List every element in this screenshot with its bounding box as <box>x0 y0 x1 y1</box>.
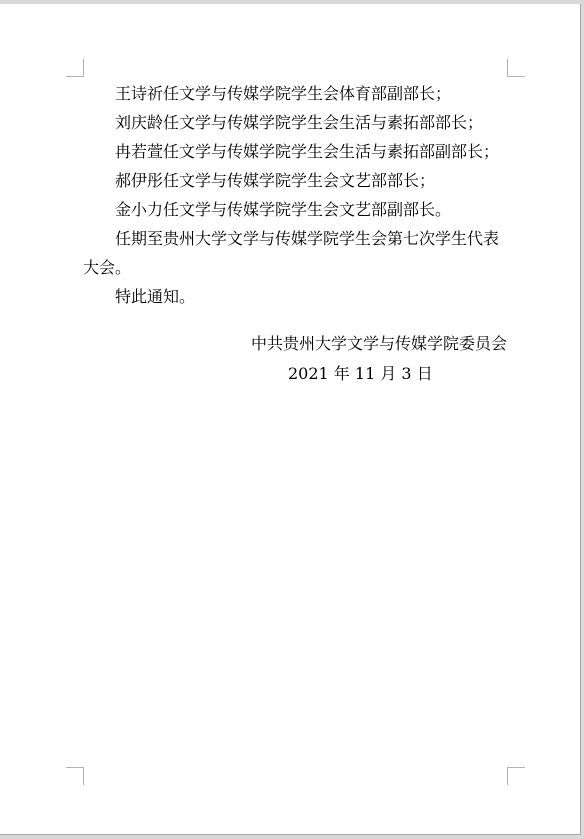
margin-mark-top-right-icon <box>507 59 525 77</box>
document-page: 王诗祈任文学与传媒学院学生会体育部副部长；刘庆龄任文学与传媒学院学生会生活与素拓… <box>0 4 581 835</box>
document-viewer-background: 王诗祈任文学与传媒学院学生会体育部副部长；刘庆龄任文学与传媒学院学生会生活与素拓… <box>0 0 584 839</box>
document-text-line[interactable]: 冉若萱任文学与传媒学院学生会生活与素拓部副部长； <box>83 137 507 166</box>
document-text-line[interactable]: 大会。 <box>83 253 507 282</box>
document-text-line[interactable]: 金小力任文学与传媒学院学生会文艺部副部长。 <box>83 195 507 224</box>
document-text-line[interactable]: 刘庆龄任文学与传媒学院学生会生活与素拓部部长； <box>83 108 507 137</box>
signature-line[interactable]: 中共贵州大学文学与传媒学院委员会 <box>83 329 507 358</box>
date-line[interactable]: 2021 年 11 月 3 日 <box>288 359 433 388</box>
document-text-line[interactable]: 王诗祈任文学与传媒学院学生会体育部副部长； <box>83 79 507 108</box>
document-text-line[interactable]: 任期至贵州大学文学与传媒学院学生会第七次学生代表 <box>83 224 507 253</box>
margin-mark-top-left-icon <box>66 59 84 77</box>
margin-mark-bottom-left-icon <box>66 767 84 785</box>
document-text-line[interactable]: 特此通知。 <box>83 282 507 311</box>
document-body-text[interactable]: 王诗祈任文学与传媒学院学生会体育部副部长；刘庆龄任文学与传媒学院学生会生活与素拓… <box>83 79 507 311</box>
margin-mark-bottom-right-icon <box>507 767 525 785</box>
document-text-line[interactable]: 郝伊彤任文学与传媒学院学生会文艺部部长； <box>83 166 507 195</box>
